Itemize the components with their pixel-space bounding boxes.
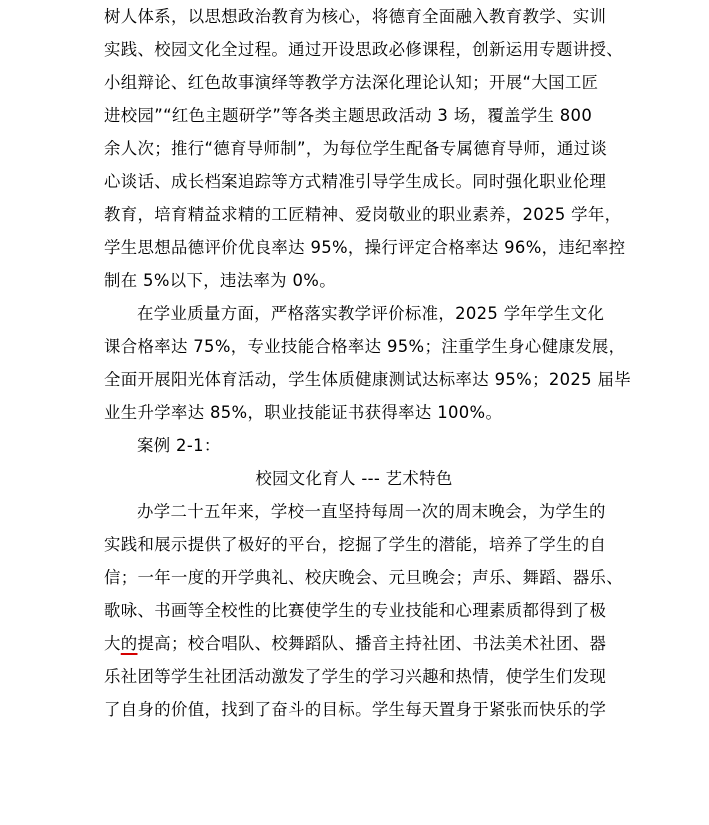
text-run: 提高；校合唱队、校舞蹈队、播音主持社团、书法美术社团、器: [138, 634, 607, 653]
paragraph-line: 树人体系，以思想政治教育为核心，将德育全面融入教育教学、实训: [104, 0, 606, 33]
paragraph-line: 业生升学率达 85%，职业技能证书获得率达 100%。: [104, 396, 502, 429]
paragraph-first-line: 在学业质量方面，严格落实教学评价标准，2025 学年学生文化: [137, 297, 604, 330]
paragraph-line: 大的提高；校合唱队、校舞蹈队、播音主持社团、书法美术社团、器: [104, 627, 606, 660]
paragraph-line: 小组辩论、红色故事演绎等教学方法深化理论认知；开展“大国工匠: [104, 66, 598, 99]
paragraph-line: 实践、校园文化全过程。通过开设思政必修课程，创新运用专题讲授、: [104, 33, 623, 66]
paragraph-line: 进校园”“红色主题研学”等各类主题思政活动 3 场，覆盖学生 800: [104, 99, 592, 132]
case-title: 校园文化育人 --- 艺术特色: [104, 462, 604, 495]
spellcheck-marked-word[interactable]: 的: [121, 634, 138, 653]
paragraph-line: 学生思想品德评价优良率达 95%，操行评定合格率达 96%，违纪率控: [104, 231, 625, 264]
paragraph-line: 余人次；推行“德育导师制”，为每位学生配备专属德育导师，通过谈: [104, 132, 607, 165]
paragraph-line: 制在 5%以下，违法率为 0%。: [104, 264, 336, 297]
text-run: 大: [104, 634, 121, 653]
paragraph-line: 心谈话、成长档案追踪等方式精准引导学生成长。同时强化职业伦理: [104, 165, 606, 198]
case-label: 案例 2-1：: [137, 429, 221, 462]
paragraph-first-line: 办学二十五年来，学校一直坚持每周一次的周末晚会，为学生的: [137, 495, 606, 528]
paragraph-line: 全面开展阳光体育活动，学生体质健康测试达标率达 95%；2025 届毕: [104, 363, 631, 396]
paragraph-line: 课合格率达 75%，专业技能合格率达 95%；注重学生身心健康发展，: [104, 330, 625, 363]
paragraph-line: 教育，培育精益求精的工匠精神、爱岗敬业的职业素养，2025 学年，: [104, 198, 621, 231]
paragraph-line: 信；一年一度的开学典礼、校庆晚会、元旦晚会；声乐、舞蹈、器乐、: [104, 561, 623, 594]
paragraph-line: 实践和展示提供了极好的平台，挖掘了学生的潜能，培养了学生的自: [104, 528, 606, 561]
paragraph-line: 了自身的价值，找到了奋斗的目标。学生每天置身于紧张而快乐的学: [104, 693, 606, 726]
paragraph-line: 乐社团等学生社团活动激发了学生的学习兴趣和热情，使学生们发现: [104, 660, 606, 693]
paragraph-line: 歌咏、书画等全校性的比赛使学生的专业技能和心理素质都得到了极: [104, 594, 606, 627]
